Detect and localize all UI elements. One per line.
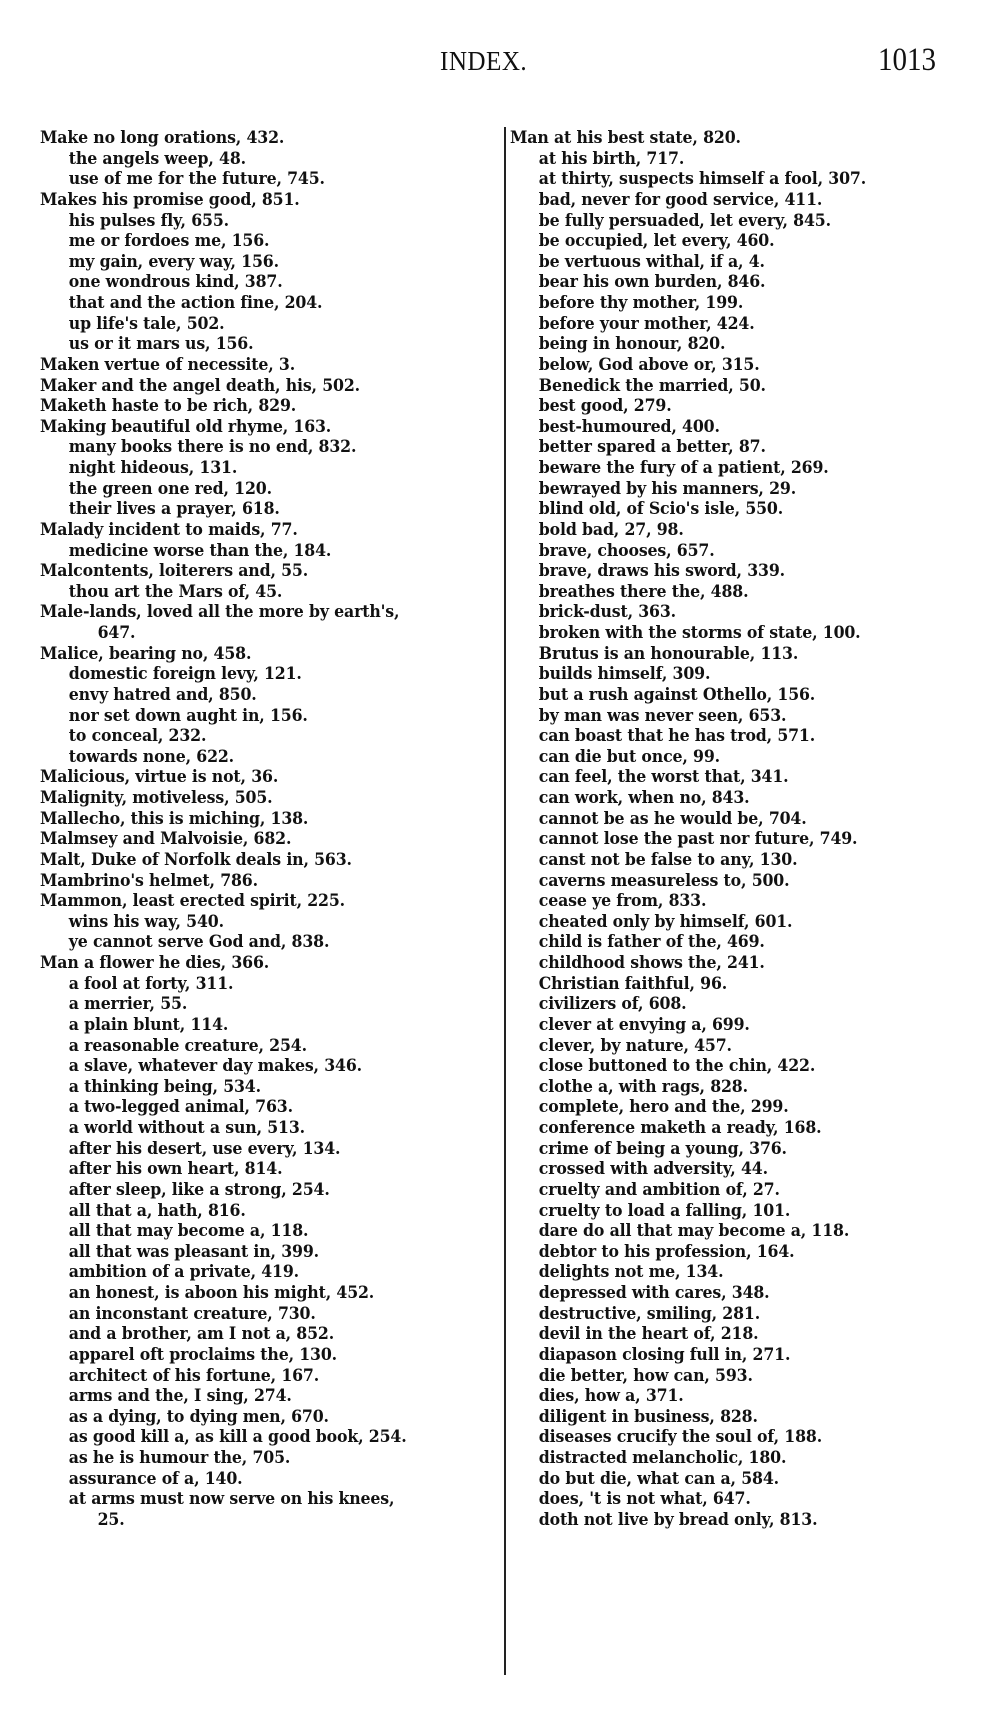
index-subentry: me or fordoes me, 156. xyxy=(40,231,434,252)
index-subentry: domestic foreign levy, 121. xyxy=(40,664,434,685)
index-subentry: brave, draws his sword, 339. xyxy=(510,561,961,582)
index-entry: Maketh haste to be rich, 829. xyxy=(40,396,434,417)
index-subentry: us or it mars us, 156. xyxy=(40,334,434,355)
index-subentry: envy hatred and, 850. xyxy=(40,685,434,706)
index-subentry: one wondrous kind, 387. xyxy=(40,272,434,293)
index-subentry: all that may become a, 118. xyxy=(40,1221,434,1242)
index-subentry: apparel oft proclaims the, 130. xyxy=(40,1345,434,1366)
index-subentry: but a rush against Othello, 156. xyxy=(510,685,961,706)
index-subentry: to conceal, 232. xyxy=(40,726,434,747)
index-subentry: and a brother, am I not a, 852. xyxy=(40,1324,434,1345)
index-subentry: a slave, whatever day makes, 346. xyxy=(40,1056,434,1077)
page-header: INDEX. 1013 xyxy=(0,42,1000,82)
index-subentry: distracted melancholic, 180. xyxy=(510,1448,961,1469)
index-subentry: many books there is no end, 832. xyxy=(40,437,434,458)
index-subentry: at his birth, 717. xyxy=(510,149,961,170)
index-subentry: best good, 279. xyxy=(510,396,961,417)
index-subentry: can boast that he has trod, 571. xyxy=(510,726,961,747)
index-subentry: can die but once, 99. xyxy=(510,747,961,768)
index-subentry: his pulses fly, 655. xyxy=(40,211,434,232)
index-subentry: cannot lose the past nor future, 749. xyxy=(510,829,961,850)
index-entry: Make no long orations, 432. xyxy=(40,128,434,149)
index-subentry: a two-legged animal, 763. xyxy=(40,1097,434,1118)
index-subentry: conference maketh a ready, 168. xyxy=(510,1118,961,1139)
index-entry: Malice, bearing no, 458. xyxy=(40,644,434,665)
index-entry: Malmsey and Malvoisie, 682. xyxy=(40,829,434,850)
index-subentry: Benedick the married, 50. xyxy=(510,376,961,397)
index-subentry: breathes there the, 488. xyxy=(510,582,961,603)
index-subentry: their lives a prayer, 618. xyxy=(40,499,434,520)
index-subentry: arms and the, I sing, 274. xyxy=(40,1386,434,1407)
index-subentry: cruelty and ambition of, 27. xyxy=(510,1180,961,1201)
index-subentry: wins his way, 540. xyxy=(40,912,434,933)
index-subentry: clever, by nature, 457. xyxy=(510,1036,961,1057)
index-subentry: cease ye from, 833. xyxy=(510,891,961,912)
index-subentry: devil in the heart of, 218. xyxy=(510,1324,961,1345)
index-subentry: clothe a, with rags, 828. xyxy=(510,1077,961,1098)
index-subentry: dies, how a, 371. xyxy=(510,1386,961,1407)
index-subentry: close buttoned to the chin, 422. xyxy=(510,1056,961,1077)
index-subentry: use of me for the future, 745. xyxy=(40,169,434,190)
index-entry: Malcontents, loiterers and, 55. xyxy=(40,561,434,582)
index-subentry: architect of his fortune, 167. xyxy=(40,1366,434,1387)
index-subentry: at arms must now serve on his knees, xyxy=(40,1489,434,1510)
index-subentry: before your mother, 424. xyxy=(510,314,961,335)
index-entry: Making beautiful old rhyme, 163. xyxy=(40,417,434,438)
index-subentry: Christian faithful, 96. xyxy=(510,974,961,995)
index-subentry: crossed with adversity, 44. xyxy=(510,1159,961,1180)
index-subentry: complete, hero and the, 299. xyxy=(510,1097,961,1118)
index-entry: Man a flower he dies, 366. xyxy=(40,953,434,974)
index-subentry: ambition of a private, 419. xyxy=(40,1262,434,1283)
index-subentry: destructive, smiling, 281. xyxy=(510,1304,961,1325)
index-subentry: cannot be as he would be, 704. xyxy=(510,809,961,830)
index-subentry: after his own heart, 814. xyxy=(40,1159,434,1180)
index-subentry: before thy mother, 199. xyxy=(510,293,961,314)
index-subentry: brick-dust, 363. xyxy=(510,602,961,623)
index-subentry: bewrayed by his manners, 29. xyxy=(510,479,961,500)
index-subentry: canst not be false to any, 130. xyxy=(510,850,961,871)
index-subentry: builds himself, 309. xyxy=(510,664,961,685)
index-subentry: do but die, what can a, 584. xyxy=(510,1469,961,1490)
index-subentry: crime of being a young, 376. xyxy=(510,1139,961,1160)
index-subentry: a reasonable creature, 254. xyxy=(40,1036,434,1057)
index-subentry: a merrier, 55. xyxy=(40,994,434,1015)
index-subentry: beware the fury of a patient, 269. xyxy=(510,458,961,479)
index-subentry: child is father of the, 469. xyxy=(510,932,961,953)
index-entry: Man at his best state, 820. xyxy=(510,128,961,149)
index-subentry: cheated only by himself, 601. xyxy=(510,912,961,933)
index-entry: Male-lands, loved all the more by earth'… xyxy=(40,602,434,623)
index-subentry: ye cannot serve God and, 838. xyxy=(40,932,434,953)
index-subentry: after sleep, like a strong, 254. xyxy=(40,1180,434,1201)
index-entry: Malady incident to maids, 77. xyxy=(40,520,434,541)
index-subentry: civilizers of, 608. xyxy=(510,994,961,1015)
column-divider xyxy=(504,127,506,1675)
index-subentry: blind old, of Scio's isle, 550. xyxy=(510,499,961,520)
index-subentry: towards none, 622. xyxy=(40,747,434,768)
index-subentry: delights not me, 134. xyxy=(510,1262,961,1283)
index-subentry: a plain blunt, 114. xyxy=(40,1015,434,1036)
index-subentry: dare do all that may become a, 118. xyxy=(510,1221,961,1242)
index-subentry: after his desert, use every, 134. xyxy=(40,1139,434,1160)
index-subentry: diligent in business, 828. xyxy=(510,1407,961,1428)
index-subentry: broken with the storms of state, 100. xyxy=(510,623,961,644)
index-subentry: at thirty, suspects himself a fool, 307. xyxy=(510,169,961,190)
index-subentry: can feel, the worst that, 341. xyxy=(510,767,961,788)
index-subentry: an honest, is aboon his might, 452. xyxy=(40,1283,434,1304)
index-entry-continuation: 647. xyxy=(40,623,434,644)
index-subentry: as good kill a, as kill a good book, 254… xyxy=(40,1427,434,1448)
index-entry: Mambrino's helmet, 786. xyxy=(40,871,434,892)
index-subentry: that and the action fine, 204. xyxy=(40,293,434,314)
index-subentry: as he is humour the, 705. xyxy=(40,1448,434,1469)
index-subentry: medicine worse than the, 184. xyxy=(40,541,434,562)
index-subentry: depressed with cares, 348. xyxy=(510,1283,961,1304)
index-subentry: a world without a sun, 513. xyxy=(40,1118,434,1139)
index-subentry: the angels weep, 48. xyxy=(40,149,434,170)
index-entry: Malignity, motiveless, 505. xyxy=(40,788,434,809)
index-subentry: be vertuous withal, if a, 4. xyxy=(510,252,961,273)
index-subentry: night hideous, 131. xyxy=(40,458,434,479)
index-subentry: a fool at forty, 311. xyxy=(40,974,434,995)
index-subentry: thou art the Mars of, 45. xyxy=(40,582,434,603)
index-subentry: be occupied, let every, 460. xyxy=(510,231,961,252)
index-subentry: below, God above or, 315. xyxy=(510,355,961,376)
index-subentry: be fully persuaded, let every, 845. xyxy=(510,211,961,232)
index-column-left: Make no long orations, 432.the angels we… xyxy=(40,128,450,1531)
index-column-right: Man at his best state, 820.at his birth,… xyxy=(510,128,980,1531)
index-subentry: cruelty to load a falling, 101. xyxy=(510,1201,961,1222)
index-subentry: nor set down aught in, 156. xyxy=(40,706,434,727)
index-subentry: Brutus is an honourable, 113. xyxy=(510,644,961,665)
index-subentry: better spared a better, 87. xyxy=(510,437,961,458)
index-subentry: bold bad, 27, 98. xyxy=(510,520,961,541)
index-entry-continuation: 25. xyxy=(40,1510,434,1531)
index-subentry: does, 't is not what, 647. xyxy=(510,1489,961,1510)
index-subentry: up life's tale, 502. xyxy=(40,314,434,335)
page-number: 1013 xyxy=(878,42,936,79)
index-subentry: childhood shows the, 241. xyxy=(510,953,961,974)
index-subentry: an inconstant creature, 730. xyxy=(40,1304,434,1325)
running-title: INDEX. xyxy=(440,46,527,77)
index-entry: Malt, Duke of Norfolk deals in, 563. xyxy=(40,850,434,871)
index-entry: Mallecho, this is miching, 138. xyxy=(40,809,434,830)
index-subentry: bear his own burden, 846. xyxy=(510,272,961,293)
index-subentry: diseases crucify the soul of, 188. xyxy=(510,1427,961,1448)
index-subentry: by man was never seen, 653. xyxy=(510,706,961,727)
index-entry: Makes his promise good, 851. xyxy=(40,190,434,211)
index-subentry: diapason closing full in, 271. xyxy=(510,1345,961,1366)
index-subentry: can work, when no, 843. xyxy=(510,788,961,809)
index-subentry: brave, chooses, 657. xyxy=(510,541,961,562)
index-subentry: bad, never for good service, 411. xyxy=(510,190,961,211)
index-entry: Maker and the angel death, his, 502. xyxy=(40,376,434,397)
index-subentry: all that was pleasant in, 399. xyxy=(40,1242,434,1263)
index-subentry: clever at envying a, 699. xyxy=(510,1015,961,1036)
index-subentry: being in honour, 820. xyxy=(510,334,961,355)
index-subentry: a thinking being, 534. xyxy=(40,1077,434,1098)
index-entry: Mammon, least erected spirit, 225. xyxy=(40,891,434,912)
index-subentry: as a dying, to dying men, 670. xyxy=(40,1407,434,1428)
index-subentry: assurance of a, 140. xyxy=(40,1469,434,1490)
index-subentry: doth not live by bread only, 813. xyxy=(510,1510,961,1531)
index-subentry: caverns measureless to, 500. xyxy=(510,871,961,892)
index-subentry: die better, how can, 593. xyxy=(510,1366,961,1387)
index-subentry: all that a, hath, 816. xyxy=(40,1201,434,1222)
index-subentry: my gain, every way, 156. xyxy=(40,252,434,273)
index-subentry: debtor to his profession, 164. xyxy=(510,1242,961,1263)
index-entry: Malicious, virtue is not, 36. xyxy=(40,767,434,788)
index-entry: Maken vertue of necessite, 3. xyxy=(40,355,434,376)
index-subentry: best-humoured, 400. xyxy=(510,417,961,438)
index-subentry: the green one red, 120. xyxy=(40,479,434,500)
